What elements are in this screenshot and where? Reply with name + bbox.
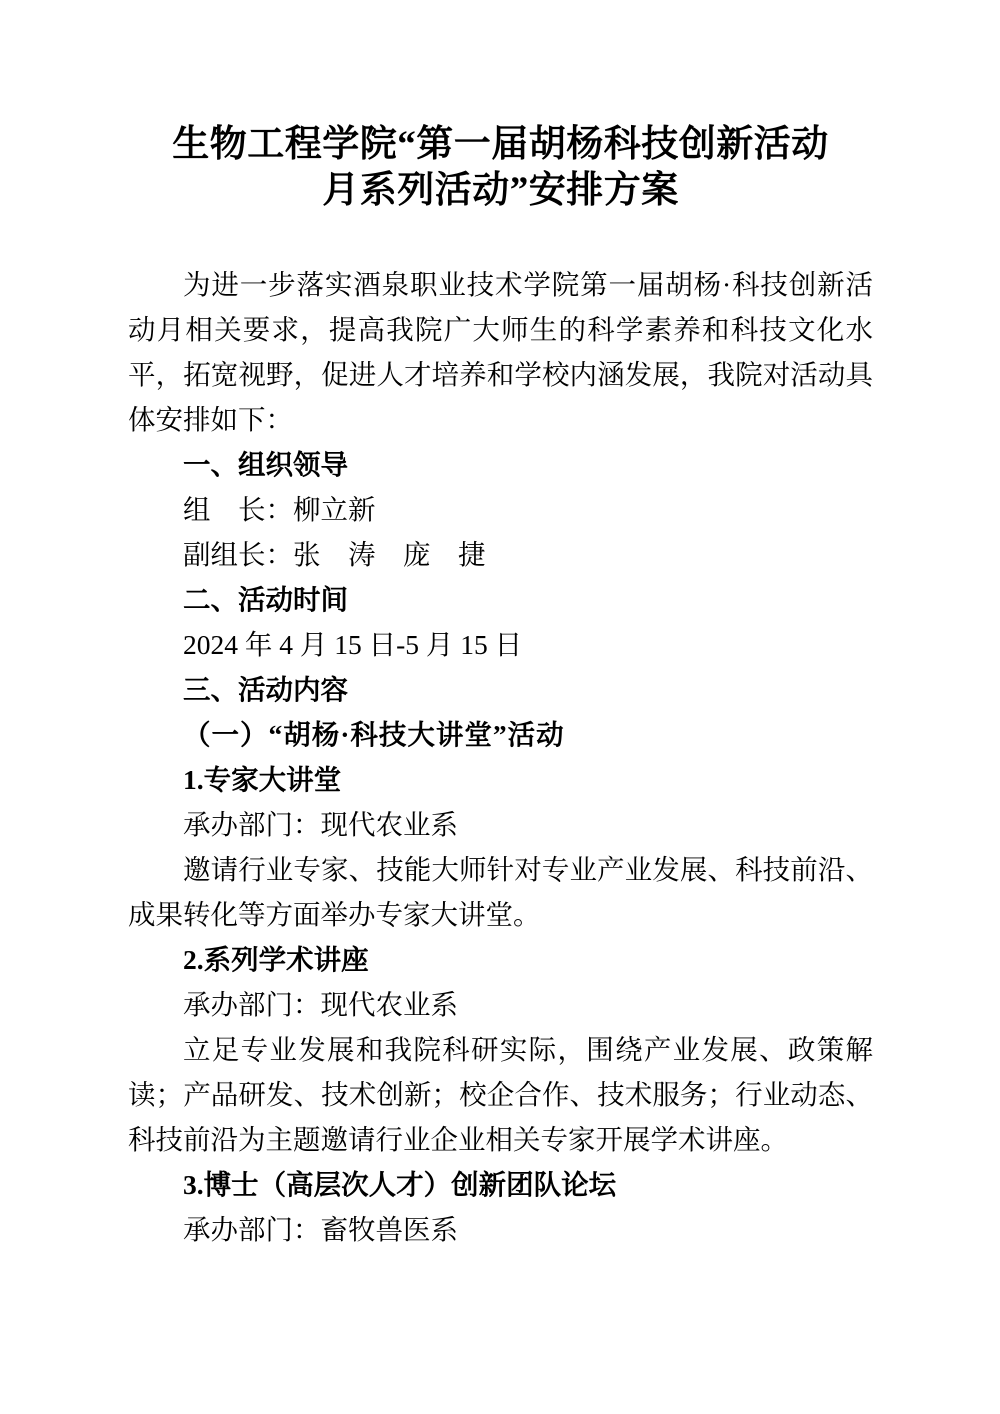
label-line: 组 长：柳立新 (128, 487, 873, 532)
document-page: 生物工程学院“第一届胡杨科技创新活动月系列活动”安排方案 为进一步落实酒泉职业技… (0, 0, 1000, 1414)
section-heading: 1.专家大讲堂 (128, 757, 873, 802)
section-heading: 2.系列学术讲座 (128, 937, 873, 982)
label-line: 承办部门：畜牧兽医系 (128, 1207, 873, 1252)
body-paragraph: 立足专业发展和我院科研实际，围绕产业发展、政策解读；产品研发、技术创新；校企合作… (128, 1027, 873, 1162)
doc-body: 一、组织领导组 长：柳立新副组长：张 涛 庞 捷二、活动时间2024 年 4 月… (128, 442, 873, 1252)
body-paragraph: 邀请行业专家、技能大师针对专业产业发展、科技前沿、成果转化等方面举办专家大讲堂。 (128, 847, 873, 937)
section-heading: （一）“胡杨·科技大讲堂”活动 (128, 712, 873, 757)
intro-paragraph: 为进一步落实酒泉职业技术学院第一届胡杨·科技创新活动月相关要求，提高我院广大师生… (128, 262, 873, 442)
label-line: 副组长：张 涛 庞 捷 (128, 532, 873, 577)
doc-title: 生物工程学院“第一届胡杨科技创新活动月系列活动”安排方案 (161, 122, 841, 214)
label-line: 2024 年 4 月 15 日-5 月 15 日 (128, 622, 873, 667)
section-heading: 三、活动内容 (128, 667, 873, 712)
label-line: 承办部门：现代农业系 (128, 982, 873, 1027)
section-heading: 一、组织领导 (128, 442, 873, 487)
section-heading: 3.博士（高层次人才）创新团队论坛 (128, 1162, 873, 1207)
section-heading: 二、活动时间 (128, 577, 873, 622)
label-line: 承办部门：现代农业系 (128, 802, 873, 847)
